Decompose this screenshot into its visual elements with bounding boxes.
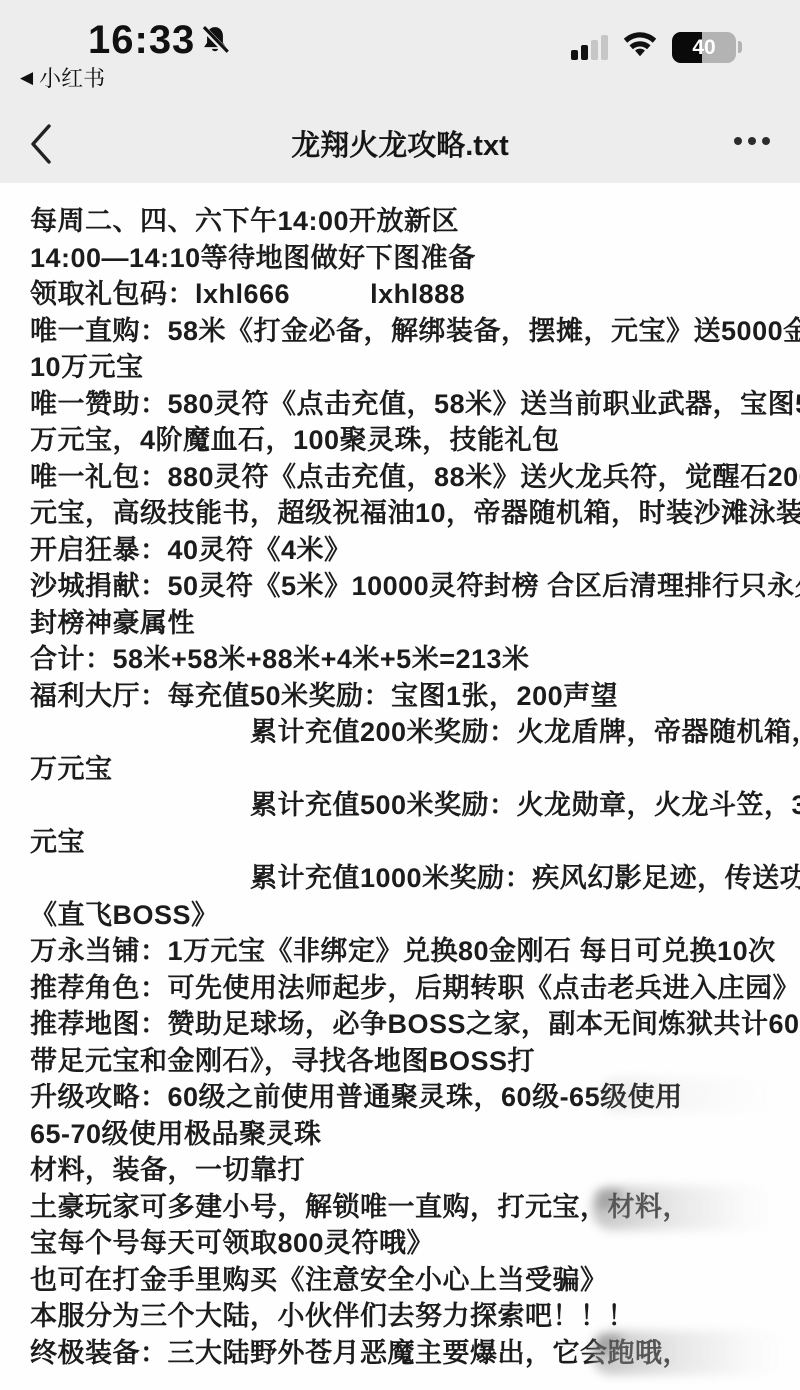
text-line: 《直飞BOSS》 <box>0 897 800 934</box>
text-line: 带足元宝和金刚石》，寻找各地图BOSS打 <box>0 1043 800 1080</box>
return-to-app-button[interactable]: ◀ 小红书 <box>20 62 105 93</box>
text-line: 累计充值500米奖励：火龙勋章，火龙斗笠，30万 <box>0 787 800 824</box>
text-line: 土豪玩家可多建小号，解锁唯一直购，打元宝，材料， <box>0 1189 800 1226</box>
text-line: 推荐角色：可先使用法师起步，后期转职《点击老兵进入庄园》 <box>0 970 800 1007</box>
text-line: 材料，装备，一切靠打 <box>0 1152 800 1189</box>
text-line: 每周二、四、六下午14:00开放新区 <box>0 203 800 240</box>
text-line: 沙城捐献：50灵符《5米》10000灵符封榜 合区后清理排行只永久保留 <box>0 568 800 605</box>
text-line: 唯一直购：58米《打金必备，解绑装备，摆摊，元宝》送5000金刚石， <box>0 313 800 350</box>
text-line: 终极装备：三大陆野外苍月恶魔主要爆出，它会跑哦， <box>0 1335 800 1372</box>
text-line: 10万元宝 <box>0 349 800 386</box>
text-line: 合计：58米+58米+88米+4米+5米=213米 <box>0 641 800 678</box>
text-line: 累计充值200米奖励：火龙盾牌，帝器随机箱，15 <box>0 714 800 751</box>
text-line: 65-70级使用极品聚灵珠 <box>0 1116 800 1153</box>
text-line: 累计充值1000米奖励：疾风幻影足迹，传送功能 <box>0 860 800 897</box>
text-line: 元宝 <box>0 824 800 861</box>
bell-slash-icon <box>198 24 232 63</box>
text-line: 领取礼包码：lxhl666 lxhl888 <box>0 276 800 313</box>
text-line: 升级攻略：60级之前使用普通聚灵珠，60级-65级使用 <box>0 1079 800 1116</box>
text-line: 也可在打金手里购买《注意安全小心上当受骗》 <box>0 1262 800 1299</box>
more-options-icon <box>734 137 742 145</box>
text-line: 宝每个号每天可领取800灵符哦》 <box>0 1225 800 1262</box>
battery-nub <box>738 41 742 53</box>
more-options-button[interactable] <box>734 137 770 145</box>
nav-bar: 龙翔火龙攻略.txt <box>0 105 800 183</box>
text-line: 万元宝，4阶魔血石，100聚灵珠，技能礼包 <box>0 422 800 459</box>
text-line: 14:00—14:10等待地图做好下图准备 <box>0 240 800 277</box>
text-line: 推荐地图：赞助足球场，必争BOSS之家，副本无间炼狱共计60层《注意 <box>0 1006 800 1043</box>
text-line: 万永当铺：1万元宝《非绑定》兑换80金刚石 每日可兑换10次 <box>0 933 800 970</box>
back-triangle-icon: ◀ <box>20 68 33 88</box>
battery-40-icon: 40 <box>672 32 736 63</box>
battery-percent: 40 <box>672 33 736 62</box>
back-app-label: 小红书 <box>39 62 105 93</box>
text-line: 唯一礼包：880灵符《点击充值，88米》送火龙兵符，觉醒石200，5万 <box>0 459 800 496</box>
document-body[interactable]: 每周二、四、六下午14:00开放新区14:00—14:10等待地图做好下图准备领… <box>0 183 800 1390</box>
text-line: 唯一赞助：580灵符《点击充值，58米》送当前职业武器，宝图5张，3 <box>0 386 800 423</box>
file-title: 龙翔火龙攻略.txt <box>0 123 800 164</box>
text-line: 福利大厅：每充值50米奖励：宝图1张，200声望 <box>0 678 800 715</box>
text-line: 元宝，高级技能书，超级祝福油10，帝器随机箱，时装沙滩泳装 <box>0 495 800 532</box>
wifi-icon <box>622 31 658 63</box>
text-line: 万元宝 <box>0 751 800 788</box>
top-chrome: 16:33 ◀ 小红书 <box>0 0 800 183</box>
status-icons: 40 <box>571 30 742 64</box>
status-bar: 16:33 ◀ 小红书 <box>0 0 800 105</box>
text-line: 本服分为三个大陆，小伙伴们去努力探索吧！！！ <box>0 1298 800 1335</box>
text-line: 封榜神豪属性 <box>0 605 800 642</box>
cellular-signal-icon <box>571 34 608 60</box>
text-line: 开启狂暴：40灵符《4米》 <box>0 532 800 569</box>
clock-time: 16:33 <box>88 18 195 63</box>
